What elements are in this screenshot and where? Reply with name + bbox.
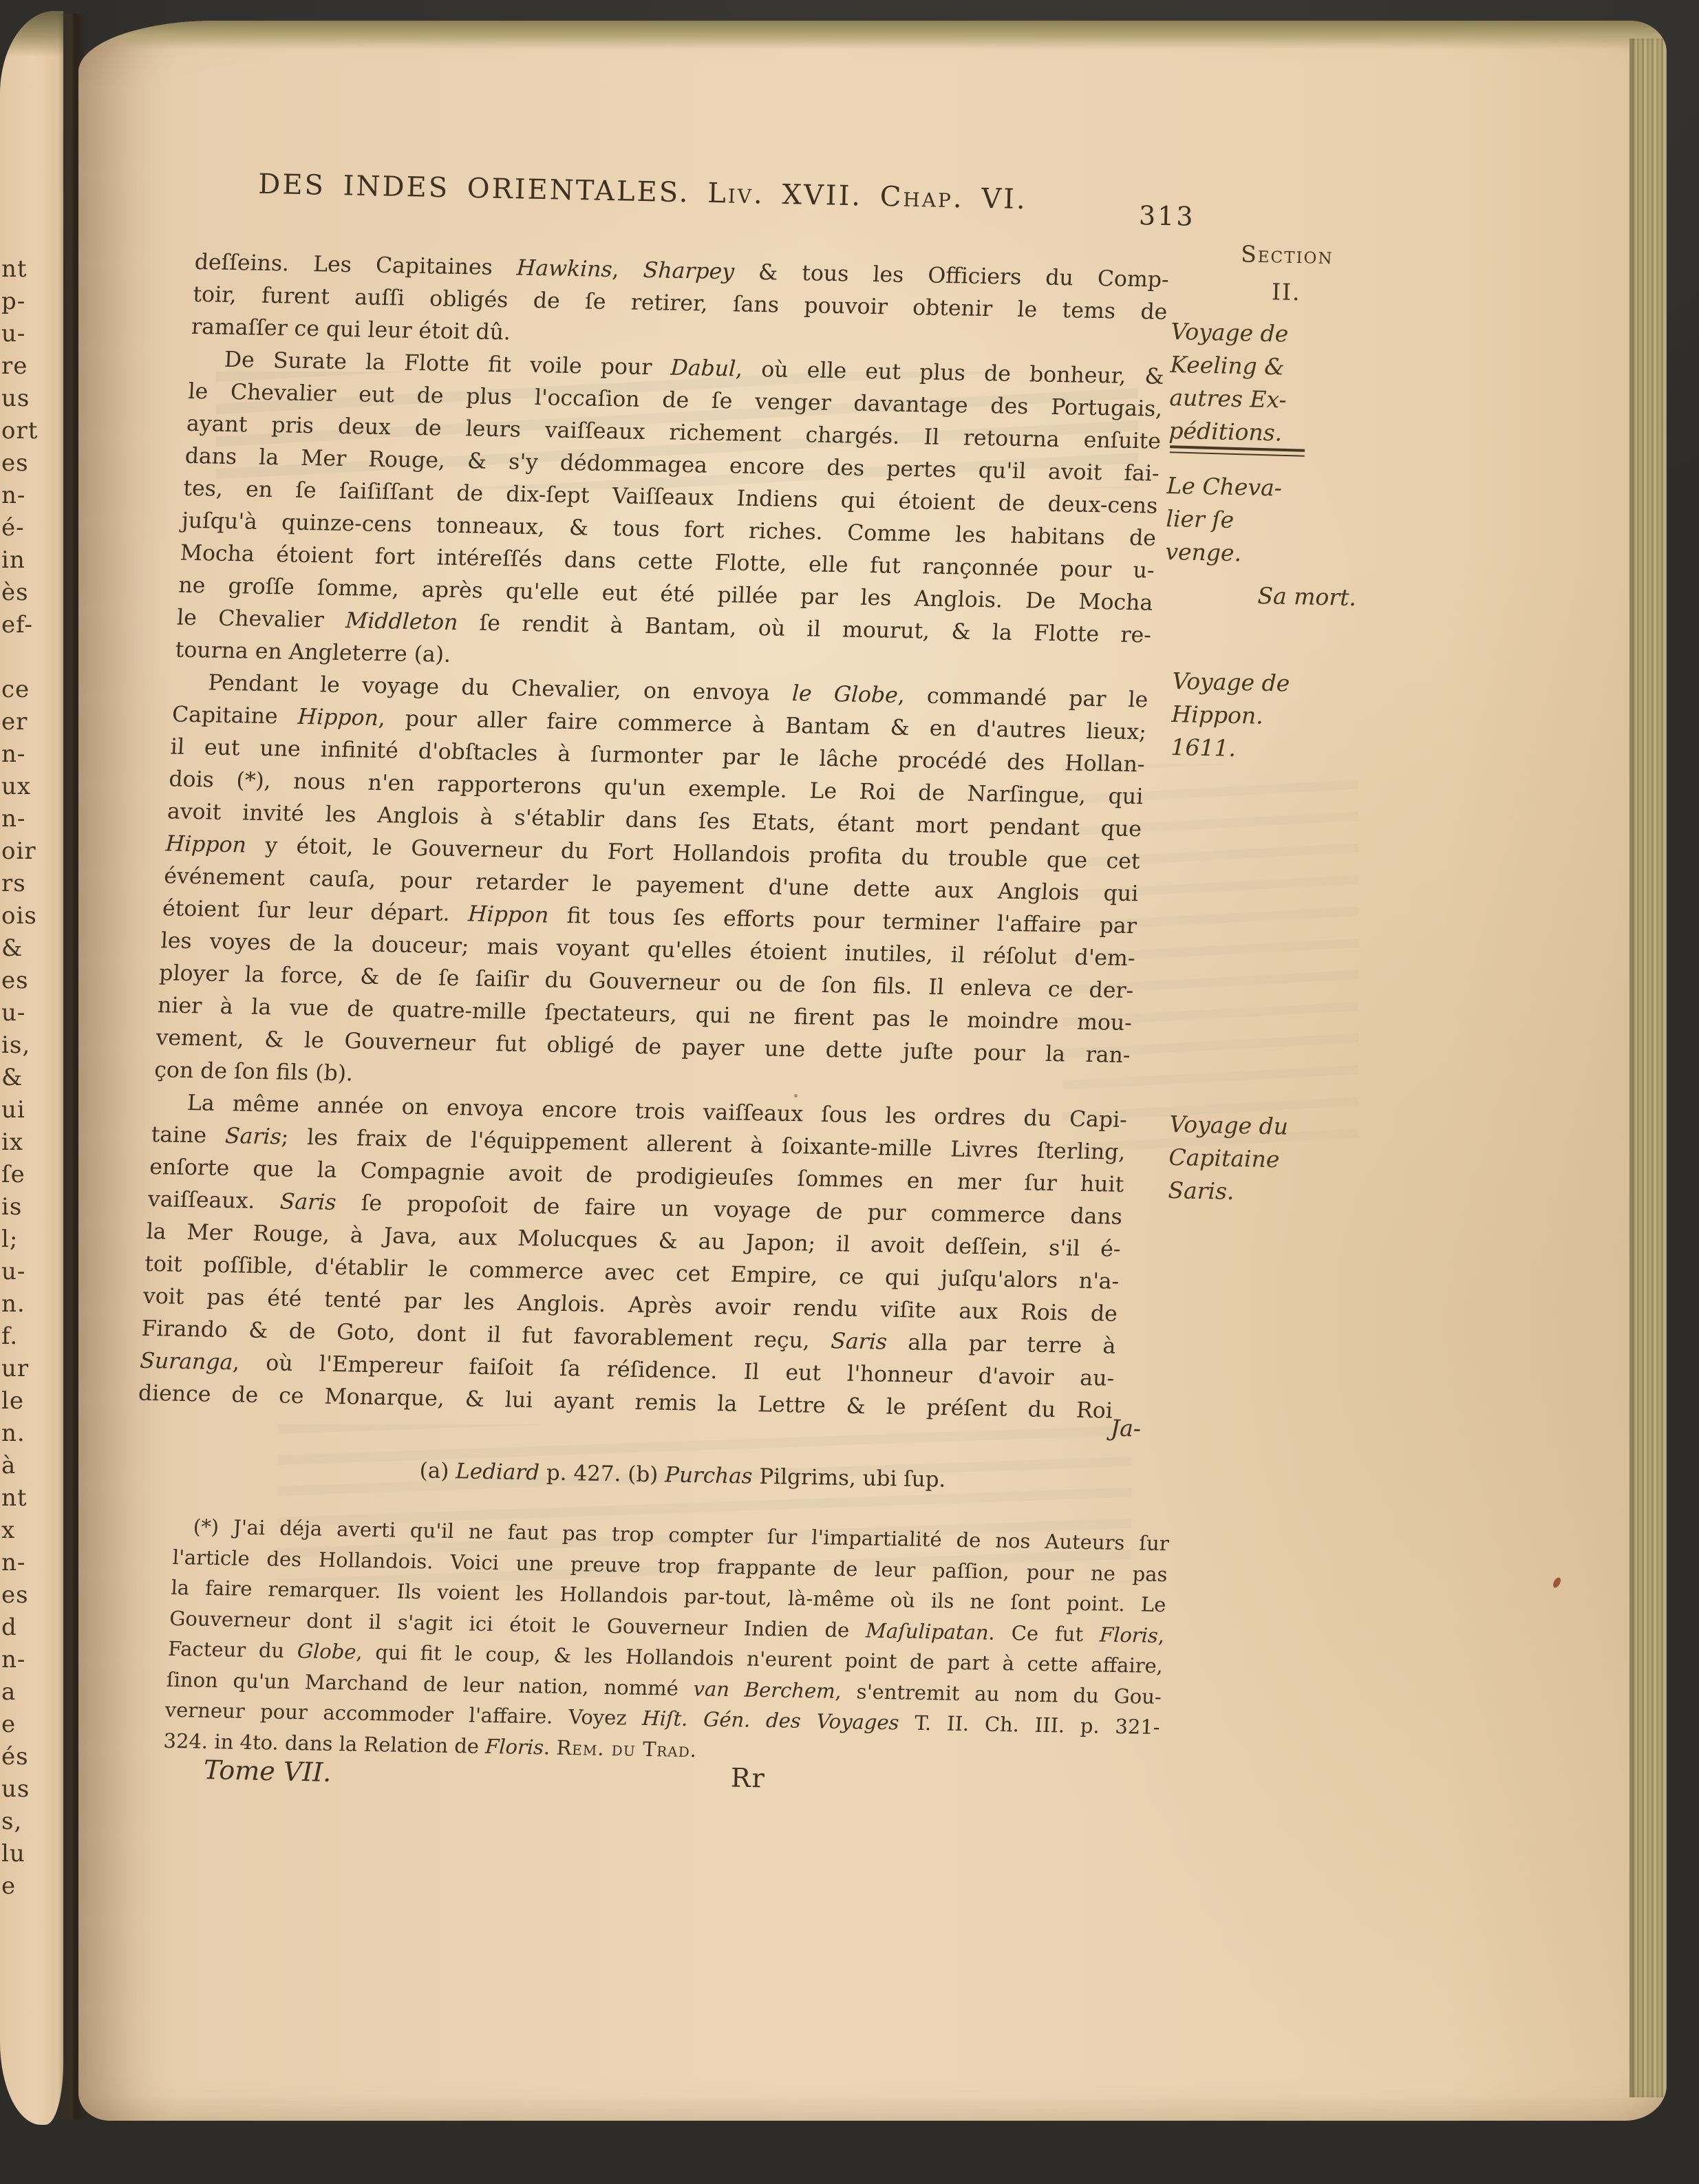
fragment-line: ort [1, 415, 56, 447]
fragment-line: oir [1, 835, 56, 868]
fragment-line: à [1, 1450, 56, 1482]
fragment-line: u- [1, 997, 56, 1029]
fragment-line: es [1, 965, 56, 997]
fragment-line: & [1, 932, 56, 965]
fragment-line: is [1, 1191, 56, 1223]
fragment-line: es [1, 1579, 56, 1612]
fragment-line: is, [1, 1029, 56, 1062]
fragment-line: le [1, 1385, 56, 1417]
margin-note-voyage-hippon: Voyage deHippon.1611. [1171, 665, 1290, 767]
fragment-line: f. [1, 1320, 56, 1353]
fragment-line: in [1, 544, 56, 577]
book-scan: ntp-u-reusortesn-é-inèsef- ceern-uxn-oir… [0, 0, 1699, 2184]
page-top-edge [78, 21, 1667, 50]
fragment-line: n- [1, 738, 56, 771]
margin-note-sa-mort: Sa mort. [1257, 579, 1356, 614]
fragment-line: és [1, 1741, 56, 1773]
fragment-line: ui [1, 1094, 56, 1126]
fragment-line: x [1, 1514, 56, 1547]
fragment-line: n. [1, 1288, 56, 1320]
fragment-line: rs [1, 868, 56, 900]
paper-speck [1552, 1576, 1562, 1589]
fragment-line: nt [1, 1482, 56, 1514]
fragment-line: n- [1, 1547, 56, 1579]
fragment-line: n- [1, 803, 56, 835]
fragment-line: us [1, 383, 56, 415]
fragment-line: ef- [1, 609, 56, 641]
fragment-line: u- [1, 318, 56, 350]
body-text: deſſeins. Les Capitaines Hawkins, Sharpe… [138, 246, 1170, 1428]
fragment-line: es [1, 447, 56, 480]
fragment-line: us [1, 1773, 56, 1806]
fragment-line: l; [1, 1223, 56, 1256]
fragment-line: d [1, 1612, 56, 1644]
running-head: DES INDES ORIENTALES. Liv. XVII. Chap. V… [168, 167, 1118, 217]
fragment-line: n- [1, 1644, 56, 1676]
fragment-line: a [1, 1676, 56, 1709]
margin-note-section: SectionII. [1228, 235, 1346, 312]
footnote-translator-remark: (*) J'ai déja averti qu'il ne faut pas t… [163, 1511, 1170, 1773]
paper-speck [794, 1094, 798, 1098]
signature-mark: Rr [731, 1763, 767, 1794]
facing-page-top-edge [0, 11, 63, 56]
fragment-line: ois [1, 900, 56, 932]
fragment-line: nt [1, 253, 56, 286]
fragment-line: lu [1, 1838, 56, 1870]
fragment-line: e [1, 1709, 56, 1741]
fragment-line: ur [1, 1353, 56, 1385]
fragment-line: ce [1, 674, 56, 706]
page-fore-edge [1629, 39, 1667, 2097]
fragment-line: s, [1, 1806, 56, 1838]
catchword: Ja- [1111, 1415, 1142, 1442]
fragment-line: p- [1, 286, 56, 318]
volume-label: Tome VII. [204, 1755, 332, 1788]
fragment-line: re [1, 350, 56, 383]
fragment-line: é- [1, 512, 56, 544]
fragment-line: ix [1, 1126, 56, 1159]
fragment-line: ès [1, 577, 56, 609]
fragment-line: & [1, 1062, 56, 1094]
margin-note-voyage-saris: Voyage duCapitaineSaris. [1168, 1108, 1288, 1210]
fragment-line: n. [1, 1417, 56, 1450]
book-page: DES INDES ORIENTALES. Liv. XVII. Chap. V… [78, 21, 1667, 2121]
margin-note-chevalier-se-venge: Le Cheva-lier ſevenge. [1165, 469, 1282, 570]
fragment-line: n- [1, 480, 56, 512]
fragment-line: ux [1, 771, 56, 803]
margin-note-voyage-keeling: Voyage deKeeling &autres Ex-péditions. [1168, 315, 1289, 450]
footnote-references: (a) Lediard p. 427. (b) Purchas Pilgrims… [195, 1455, 1170, 1497]
fragment-line: u- [1, 1256, 56, 1288]
page-number: 313 [1139, 200, 1195, 232]
fragment-line: ſe [1, 1159, 56, 1191]
fragment-line: e [1, 1870, 56, 1903]
facing-page-text-fragments: ntp-u-reusortesn-é-inèsef- ceern-uxn-oir… [1, 253, 56, 1903]
facing-page-sliver: ntp-u-reusortesn-é-inèsef- ceern-uxn-oir… [0, 11, 63, 2125]
fragment-line: er [1, 706, 56, 738]
running-head-title: DES INDES ORIENTALES. Liv. XVII. Chap. V… [258, 169, 1027, 215]
fragment-line [1, 641, 56, 674]
